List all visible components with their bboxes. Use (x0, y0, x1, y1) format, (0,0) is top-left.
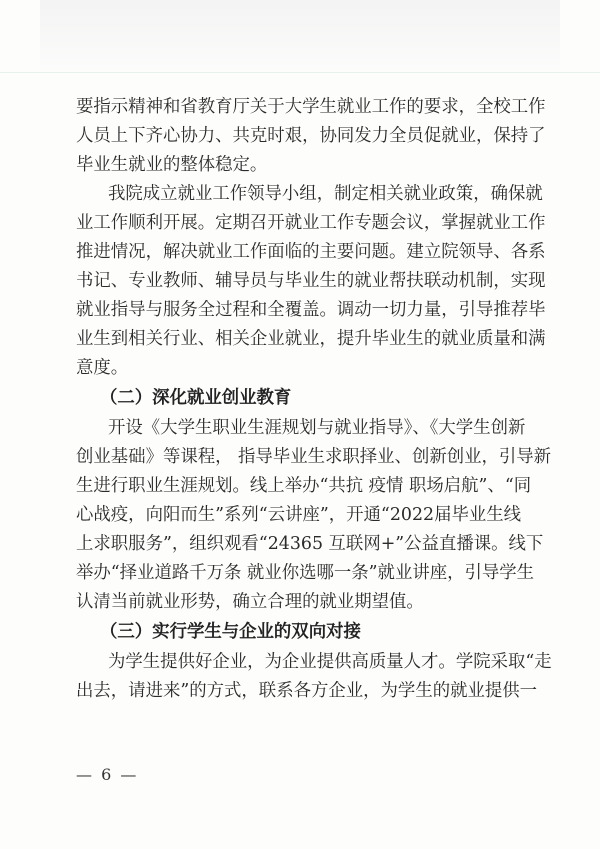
text-line: 认清当前就业形势，确立合理的就业期望值。 (76, 588, 520, 617)
text-line: 创业基础》等课程， 指导毕业生求职择业、创新创业，引导新 (76, 443, 520, 472)
text-line: 开设《大学生职业生涯规划与就业指导》、《大学生创新 (76, 414, 520, 443)
text-line: 举办“择业道路千万条 就业你选哪一条”就业讲座，引导学生 (76, 559, 520, 588)
text-line: 书记、专业教师、辅导员与毕业生的就业帮扶联动机制，实现 (76, 267, 520, 296)
text-line: 上求职服务”，组织观看“24365 互联网+”公益直播课。线下 (76, 530, 520, 559)
paragraph-employment-education: 开设《大学生职业生涯规划与就业指导》、《大学生创新 创业基础》等课程， 指导毕业… (76, 414, 520, 617)
scan-artifact-line (0, 72, 600, 73)
text-line: 业生到相关行业、相关企业就业，提升毕业生的就业质量和满 (76, 325, 520, 354)
text-line: 出去，请进来”的方式，联系各方企业，为学生的就业提供一 (76, 677, 520, 706)
text-line: 要指示精神和省教育厅关于大学生就业工作的要求，全校工作 (76, 93, 520, 122)
text-line: 心战疫，向阳而生”系列“云讲座”，开通“2022届毕业生线 (76, 501, 520, 530)
paragraph-continuation: 要指示精神和省教育厅关于大学生就业工作的要求，全校工作 人员上下齐心协力、共克时… (76, 93, 520, 180)
text-line: 就业指导与服务全过程和全覆盖。调动一切力量，引导推荐毕 (76, 296, 520, 325)
page-number: — 6 — (76, 765, 138, 784)
text-line: 业工作顺利开展。定期召开就业工作专题会议，掌握就业工作 (76, 209, 520, 238)
text-line: 人员上下齐心协力、共克时艰，协同发力全员促就业，保持了 (76, 122, 520, 151)
section-heading-2: （二）深化就业创业教育 (76, 383, 520, 414)
document-page: 要指示精神和省教育厅关于大学生就业工作的要求，全校工作 人员上下齐心协力、共克时… (76, 93, 520, 706)
text-line: 生进行职业生涯规划。线上举办“共抗 疫情 职场启航”、“同 (76, 472, 520, 501)
section-heading-3: （三）实行学生与企业的双向对接 (76, 617, 520, 648)
text-line: 毕业生就业的整体稳定。 (76, 151, 520, 180)
paragraph-enterprise-matching: 为学生提供好企业，为企业提供高质量人才。学院采取“走 出去，请进来”的方式，联系… (76, 648, 520, 706)
paragraph-leadership-group: 我院成立就业工作领导小组，制定相关就业政策，确保就 业工作顺利开展。定期召开就业… (76, 180, 520, 383)
scan-bleed-through (40, 0, 560, 70)
text-line: 意度。 (76, 354, 520, 383)
text-line: 推进情况，解决就业工作面临的主要问题。建立院领导、各系 (76, 238, 520, 267)
text-line: 我院成立就业工作领导小组，制定相关就业政策，确保就 (76, 180, 520, 209)
text-line: 为学生提供好企业，为企业提供高质量人才。学院采取“走 (76, 648, 520, 677)
